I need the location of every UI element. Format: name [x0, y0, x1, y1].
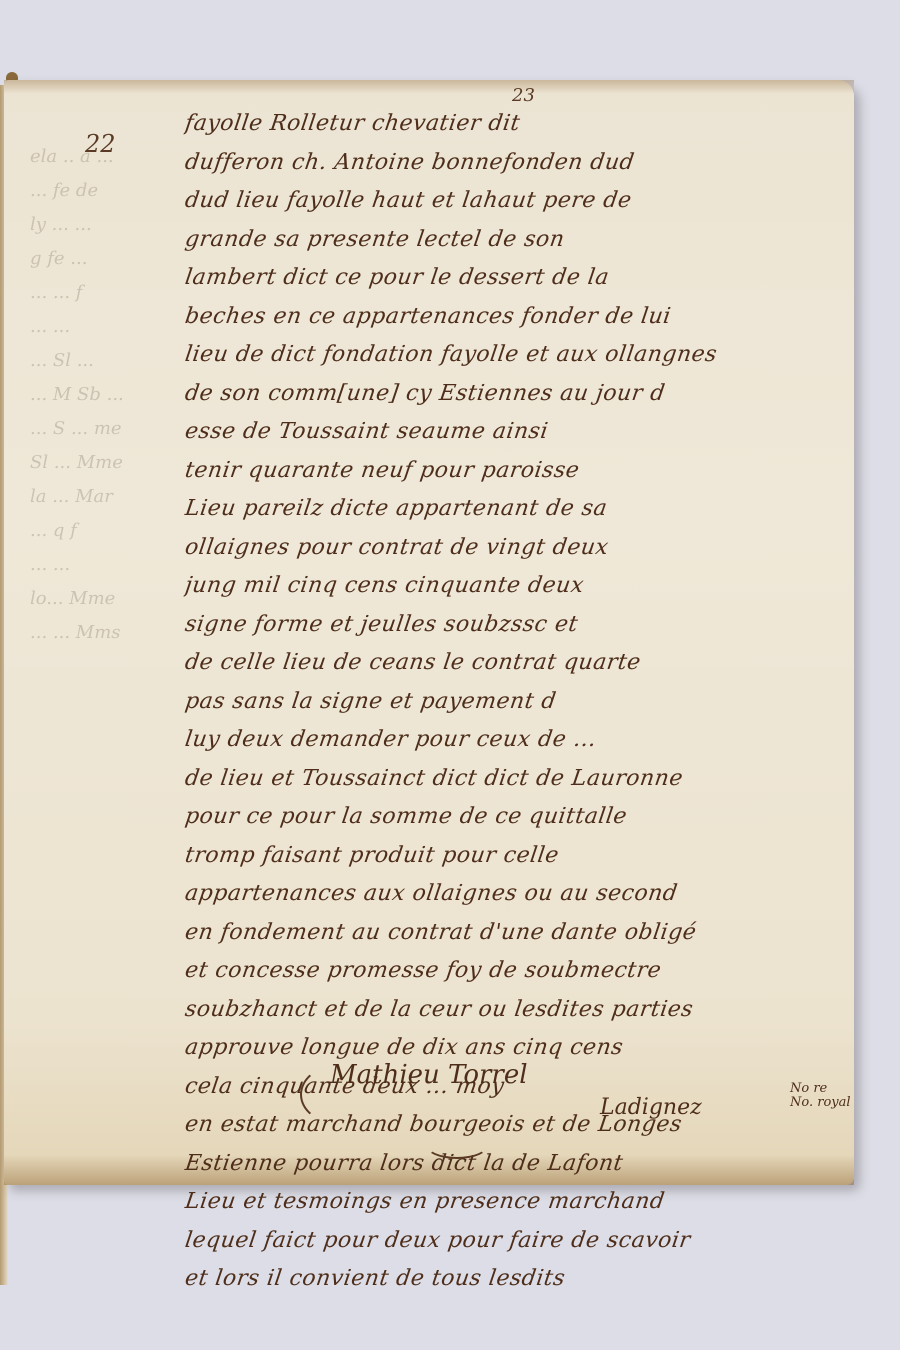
bleed-line: ... ... — [30, 548, 200, 582]
text-line: et lors il convient de tous lesdits — [182, 1260, 827, 1299]
bleed-line: la ... Mar — [30, 480, 200, 514]
bleed-line: ... Sl ... — [30, 344, 200, 378]
bleed-line: ly ... ... — [30, 208, 200, 242]
bleed-line: ... ... f — [30, 276, 200, 310]
bleed-line: ... S ... me — [30, 412, 200, 446]
text-line: de son comm[une] cy Estiennes au jour d — [182, 375, 827, 414]
bleed-line: ... q f — [30, 514, 200, 548]
text-line: tenir quarante neuf pour paroisse — [182, 452, 827, 491]
text-line: ollaignes pour contrat de vingt deux — [182, 529, 827, 568]
bleed-line: Sl ... Mme — [30, 446, 200, 480]
text-line: Lieu pareilz dicte appartenant de sa — [182, 490, 827, 529]
text-line: lequel faict pour deux pour faire de sca… — [182, 1222, 827, 1261]
text-line: fayolle Rolletur chevatier dit — [182, 105, 827, 144]
text-line: pour ce pour la somme de ce quittalle — [182, 798, 827, 837]
text-line: esse de Toussaint seaume ainsi — [182, 413, 827, 452]
bleed-line: ... M Sb ... — [30, 378, 200, 412]
text-line: dud lieu fayolle haut et lahaut pere de — [182, 182, 827, 221]
folio-number-left: 22 — [85, 130, 116, 158]
signature-notaire-royal: No re No. royal — [790, 1082, 851, 1110]
bleed-through-margin: ela .. a ... ... fe de ly ... ... g fe .… — [30, 140, 200, 650]
text-line: pas sans la signe et payement d — [182, 683, 827, 722]
text-line: jung mil cinq cens cinquante deux — [182, 567, 827, 606]
text-line: de lieu et Toussainct dict dict de Lauro… — [182, 760, 827, 799]
notaire-line: No re — [790, 1082, 851, 1096]
notaire-line: No. royal — [790, 1096, 851, 1110]
text-line: en fondement au contrat d'une dante obli… — [182, 914, 827, 953]
bleed-line: lo... Mme — [30, 582, 200, 616]
text-line: Estienne pourra lors dict la de Lafont — [182, 1145, 827, 1184]
text-line: de celle lieu de ceans le contrat quarte — [182, 644, 827, 683]
text-line: appartenances aux ollaignes ou au second — [182, 875, 827, 914]
text-line: tromp faisant produit pour celle — [182, 837, 827, 876]
text-line: grande sa presente lectel de son — [182, 221, 827, 260]
signature-flourish — [300, 1065, 374, 1124]
signature-flourish — [425, 1130, 489, 1159]
text-line: signe forme et jeulles soubzssc et — [182, 606, 827, 645]
bleed-line: ... ... Mms — [30, 616, 200, 650]
text-line: et concesse promesse foy de soubmectre — [182, 952, 827, 991]
text-line: en estat marchand bourgeois et de Longes — [182, 1106, 827, 1145]
bleed-line: ... ... — [30, 310, 200, 344]
signature-ladignez: Ladignez — [600, 1095, 702, 1120]
text-line: Lieu et tesmoings en presence marchand — [182, 1183, 827, 1222]
text-line: soubzhanct et de la ceur ou lesdites par… — [182, 991, 827, 1030]
text-line: beches en ce appartenances fonder de lui — [182, 298, 827, 337]
text-line: lieu de dict fondation fayolle et aux ol… — [182, 336, 827, 375]
text-line: dufferon ch. Antoine bonnefonden dud — [182, 144, 827, 183]
text-line: lambert dict ce pour le dessert de la — [182, 259, 827, 298]
text-line: luy deux demander pour ceux de ... — [182, 721, 827, 760]
bleed-line: ... fe de — [30, 174, 200, 208]
manuscript-text: fayolle Rolletur chevatier dit dufferon … — [185, 105, 825, 1299]
folio-number-top: 23 — [512, 85, 535, 106]
bleed-line: g fe ... — [30, 242, 200, 276]
